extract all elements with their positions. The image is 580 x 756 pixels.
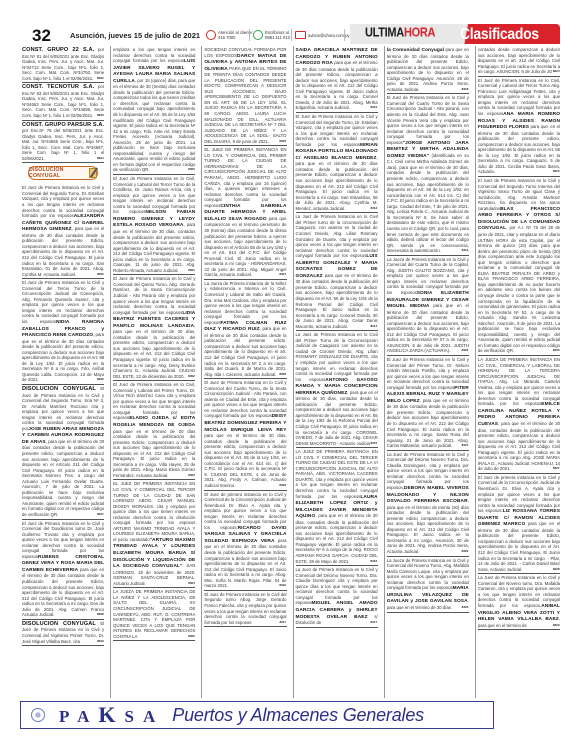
section-banner: DISOLUCIÓN CONYUGAL <box>28 166 98 180</box>
notice-text-cont: PARA QUE EN EL TÉRMINO DE TREINTA DÍAS C… <box>204 66 286 144</box>
notice-id-tag: 8296 <box>96 377 104 383</box>
notice-id-tag: 8316 <box>370 559 378 565</box>
notice-id-tag: 8329 <box>552 623 560 629</box>
notice-text-cont: , por 15 (quince) días, para que en el t… <box>113 78 195 173</box>
notice-id-tag: 8311 <box>279 620 287 626</box>
notice-id-tag: 8295 <box>96 272 104 278</box>
notice-lead: DISOLUCION CONYUGAL <box>22 621 96 627</box>
notice-text-cont: , para que en el término de treinta (30)… <box>387 498 469 554</box>
notice-text-cont: para que en el término de 30 días contad… <box>113 429 195 478</box>
notice-text: LA JUEZ DE PRIMERA INSTANCIA EN LO CIVIL… <box>296 449 378 498</box>
notice-text: EL JUEZ DE PRIMERA INSTANCIA EN LO CIVIL… <box>204 147 286 207</box>
date-line: Asunción, jueves 15 de julio de 2021 <box>70 31 200 40</box>
section-banner-label: DISOLUCIÓN CONYUGAL <box>29 167 81 179</box>
legal-notice: CONST. TECNOTUR S.A. por Esc.Nº 83 del 5… <box>22 83 104 120</box>
notice-text: El Juez de Primera Instancia en lo Civil… <box>113 176 195 214</box>
page-header: 32 Asunción, jueves 15 de julio de 2021 … <box>20 28 560 44</box>
notice-text-cont: , para que en el término de 30 días, con… <box>113 323 195 379</box>
notice-text-cont: , para que en el término de 30 días, con… <box>113 222 195 272</box>
notice-text: por Esc.Nº 75 del 5/05/2021 ante Esc. Gl… <box>22 128 104 161</box>
notice-text: El Juez de Primera Instancia en lo Civil… <box>22 280 104 324</box>
legal-notice: El Juez de primera instancia en lo Civil… <box>204 491 286 591</box>
notice-text: El Juez de Primera Instancia en lo Civil… <box>204 380 286 418</box>
notice-id-tag: 8308 <box>279 372 287 378</box>
email-contact[interactable]: avisos@uhora.com.py <box>295 28 350 42</box>
notice-id-tag: 8312 <box>370 105 378 111</box>
notice-text: El Juez de Primera Instancia en lo Civil… <box>113 276 195 314</box>
notice-text-cont: para que en el término de 30 días, conta… <box>204 433 286 488</box>
notice-text: El Juez de Primera Instancia en lo Civil… <box>113 382 195 420</box>
legal-notice: El Juez de Primera Instancia en lo Civil… <box>113 381 195 480</box>
legal-notice: El Juez de Primera Instancia en lo Civil… <box>204 591 286 627</box>
notice-id-tag: 8314 <box>370 324 378 330</box>
legal-notice: El Juez de Primera Instancia en lo Civil… <box>113 275 195 381</box>
notice-text-cont: para que en término de 30 días contados … <box>387 47 469 92</box>
notice-id-tag: 8322 <box>461 549 469 555</box>
notice-text: El Juez de primera instancia en lo Civil… <box>204 492 286 530</box>
notice-text-cont: para que en el término de 30 días contad… <box>387 303 469 353</box>
whatsapp-number: 0981 111 013 <box>265 35 290 40</box>
legal-notice: LA JUEZ DE PRIMERA INSTANCIA EN LO CIVIL… <box>296 448 378 566</box>
ad-tagline: Puertos y Almacenes Generales <box>172 705 424 726</box>
notice-text: La Jueza de Primera Instancia de la Niñe… <box>204 281 286 325</box>
notice-id-tag: 8310 <box>279 583 287 589</box>
notice-text-cont: , para que en el término de 30 días cont… <box>22 226 104 276</box>
column-2: emplaza a los que tengan interés en recl… <box>110 46 197 698</box>
paksa-advertisement[interactable]: PAKSA Puertos y Almacenes Generales <box>20 701 494 729</box>
notice-id-tag: 8309 <box>279 483 287 489</box>
legal-notice: El Juez de Primera Instancia en lo Civil… <box>22 279 104 385</box>
legal-notice: El Juez de Primera Instancia en lo Civil… <box>22 184 104 279</box>
notice-text: El Juez de primera instancia en lo Civil… <box>478 475 560 513</box>
legal-notice: El Juez de Primera Instancia en lo Civil… <box>22 520 104 620</box>
legal-notice: El Juez de primera instancia en lo Civil… <box>478 474 560 574</box>
notice-id-tag: 8327 <box>552 466 560 472</box>
pen-paper-icon <box>89 168 97 178</box>
notice-id-tag: 8303 <box>188 473 196 479</box>
section-title: Clasificados <box>460 24 539 42</box>
customer-service-contact[interactable]: Atención al cliente: 415 7000 <box>206 28 253 42</box>
legal-notice: CONST. GRUPO PARSUR S.A. por Esc.Nº 75 d… <box>22 121 104 164</box>
mail-icon <box>295 31 306 39</box>
notice-text: La Jueza de Primera Instancia en lo Civi… <box>387 257 469 295</box>
legal-notice: La Jueza de Primera Instancia en lo Civi… <box>387 256 469 356</box>
notice-text-cont: para que en el término de 30 días contad… <box>22 567 104 617</box>
notice-id-tag: 8326 <box>552 348 560 354</box>
whatsapp-contact[interactable]: Escribinos al 0981 111 013 <box>253 28 290 42</box>
legal-notice: La Juez de Primera Instancia en lo Civil… <box>296 331 378 448</box>
notice-id-tag: 8324 <box>552 69 560 75</box>
notice-id-tag: 8301 <box>188 268 196 274</box>
notice-text: LA JUEZA DE PRIMERA INSTANCIA DE LA NIÑE… <box>113 589 195 638</box>
notice-id-tag: 8299 <box>96 639 104 645</box>
notice-lead: CONST. TECNOTUR S.A. <box>22 84 94 90</box>
notice-lead: CONST. GRUPO PARSUR S.A. <box>22 122 104 128</box>
legal-notice: La Juez de Primera Instancia en lo Civil… <box>296 213 378 331</box>
notice-id-tag: 8306 <box>279 139 287 145</box>
notice-text-cont: para que comparezcan en el término peren… <box>204 216 286 277</box>
legal-notice: LA JUEZA DE PRIMERA INSTANCIA EN LO CIVI… <box>478 356 560 474</box>
notice-id-tag: 8321 <box>461 443 469 449</box>
legal-notice: La Jueza de Primera Instancia en lo Civi… <box>387 557 469 613</box>
legal-notice: La Juez de Primera Instancia en lo Civil… <box>387 451 469 557</box>
legal-notice: EL JUEZ DE PRIMERA INSTANCIA EN LO CIVIL… <box>113 480 195 588</box>
legal-notice: la Comunidad Conyugal para que en términ… <box>387 46 469 94</box>
legal-notice: El Juez de Primera Instancia en lo Civil… <box>387 356 469 451</box>
anchor-seal-icon <box>31 708 45 722</box>
notice-text-cont: (identificada en su C.I. Civil como Mirt… <box>387 153 469 253</box>
notice-id-tag: 8304 <box>188 581 196 587</box>
notice-text-cont: , por A.I. Nº 75 del 28 de junio de 2021… <box>478 225 560 353</box>
notice-id-tag: 8315 <box>370 441 378 447</box>
legal-notice: El Juez de Primera Instancia en lo Civil… <box>204 379 286 490</box>
notice-text-cont: , para que en el término de 30 días cont… <box>387 398 469 448</box>
notice-id-tag: 8302 <box>188 374 196 380</box>
legal-notice: La Juez de Primera Instancia en lo Civil… <box>296 566 378 627</box>
legal-notice: DISOLUCION CONYUGAL El Juez de Primera I… <box>22 620 104 646</box>
legal-notice: CONST. GRUPO 22 S.A. por Esc.Nº 81 del 5… <box>22 46 104 83</box>
phone-number: 415 7000 <box>218 35 235 40</box>
legal-notice: contados desde comparezcan a deducir sus… <box>478 46 560 77</box>
notice-text: EL JUEZ DE PRIMERA INSTANCIA EN LO CIVIL… <box>113 481 195 541</box>
notice-lead: CONST. GRUPO 22 S.A. <box>22 47 94 53</box>
notice-text-cont: para que en el término de 30 días contad… <box>296 60 378 110</box>
notice-text-cont: para que en el término de 30 días contad… <box>296 273 378 329</box>
divider <box>249 29 250 41</box>
divider <box>344 29 345 41</box>
notice-lead: DISOLUCION CONYUGAL <box>22 386 96 392</box>
classifieds-columns: CONST. GRUPO 22 S.A. por Esc.Nº 81 del 5… <box>20 46 562 698</box>
ad-brand-name: PAKSA <box>59 702 164 728</box>
legal-notice: emplaza a los que tengan interés en recl… <box>113 46 195 175</box>
legal-notice: El Juez de Primera Instancia en lo Civil… <box>113 175 195 275</box>
notice-text-cont: , para que en el término de 30 días cont… <box>296 155 378 211</box>
column-3: SOCIEDAD CONYUGAL FORMADA POR LOS ESPOSO… <box>201 46 288 698</box>
notice-text-cont: , para que en el término de 30 días cont… <box>204 326 286 376</box>
column-6: contados desde comparezcan a deducir sus… <box>475 46 562 698</box>
divider <box>291 29 292 41</box>
newspaper-logo: ULTIMAHORA <box>365 26 435 40</box>
notice-id-tag: 8294 <box>96 156 104 162</box>
notice-id-tag: 8323 <box>461 605 469 611</box>
notice-id-tag: 8305 <box>188 634 196 640</box>
notice-text-cont: , para que en el término de 30 días, con… <box>478 421 560 471</box>
notice-text-cont: , para que en el término de 30 días, con… <box>296 513 378 563</box>
legal-notice: El Juez de Primera Instancia en lo Civil… <box>478 177 560 356</box>
notice-text-cont: , para que en el término de 30 días, con… <box>296 390 378 446</box>
notice-text: La Juez de Primera Instancia en lo Civil… <box>296 332 378 381</box>
notice-text: El Juez de Primera Instancia en lo Civil… <box>22 521 104 559</box>
notice-id-tag: 8318 <box>461 87 469 93</box>
notice-text: El Juez de Primera Instancia en lo Civil… <box>204 592 286 625</box>
notice-names: la Comunidad Conyugal <box>387 48 444 53</box>
legal-notice: LA JUEZA DE PRIMERA INSTANCIA DE LA NIÑE… <box>113 588 195 641</box>
notice-id-tag: 8307 <box>279 272 287 278</box>
notice-id-tag: 8293 <box>96 113 104 119</box>
notice-id-tag: 8297 <box>96 512 104 518</box>
notice-text: La Juez de Primera Instancia en lo Civil… <box>387 452 469 490</box>
page-number: 32 <box>32 26 51 46</box>
notice-id-tag: 8325 <box>552 169 560 175</box>
notice-text: contados desde comparezcan a deducir sus… <box>478 47 560 74</box>
notice-id-tag: 8328 <box>552 567 560 573</box>
notice-text: El Juez de Primera Instancia en lo Civil… <box>22 386 104 431</box>
notice-text-cont: para que, en el término de 30 días conta… <box>478 124 560 174</box>
notice-id-tag: 8313 <box>370 206 378 212</box>
whatsapp-icon <box>253 30 263 40</box>
notice-id-tag: 8300 <box>188 167 196 173</box>
column-1: CONST. GRUPO 22 S.A. por Esc.Nº 81 del 5… <box>20 46 106 698</box>
notice-text: El Juez de Primera Instancia en lo Civil… <box>478 78 560 116</box>
column-4: SAIDA GRACIELA MARTINEZ DE CARDOZO Y RUB… <box>293 46 380 698</box>
legal-notice: EL JUEZ DE PRIMERA INSTANCIA EN LO CIVIL… <box>204 146 286 280</box>
notice-id-tag: 8320 <box>461 348 469 354</box>
notice-text-cont: , para que en el término de 30 días cont… <box>22 332 104 382</box>
notice-text-cont: para que en el término de 30 días contad… <box>204 538 286 588</box>
legal-notice: SOCIEDAD CONYUGAL FORMADA POR LOS ESPOSO… <box>204 46 286 146</box>
legal-notice: El Juez de Primera Instancia en lo Civil… <box>387 94 469 255</box>
legal-notice: La Jueza de Primera Instancia de la Niñe… <box>204 280 286 379</box>
notice-text: La Juez de Primera Instancia en lo Civil… <box>296 214 378 258</box>
notice-id-tag: 8319 <box>461 248 469 254</box>
phone-icon <box>206 30 216 40</box>
column-5: la Comunidad Conyugal para que en términ… <box>384 46 471 698</box>
notice-text: LA JUEZA DE PRIMERA INSTANCIA EN LO CIVI… <box>478 357 560 406</box>
legal-notice: DISOLUCION CONYUGAL El Juez de Primera I… <box>22 385 104 520</box>
notice-id-tag: 8292 <box>96 76 104 82</box>
notice-text: El Juez de Primera Instancia en lo Civil… <box>387 95 469 144</box>
legal-notice: La Juez de Primera Instancia en lo Civil… <box>478 574 560 630</box>
notice-text-cont: para que en el término de 30 días contad… <box>478 521 560 571</box>
legal-notice: El Juez de Primera Instancia en lo Civil… <box>478 77 560 177</box>
notice-id-tag: 8298 <box>96 612 104 618</box>
notice-text-cont: , para que en el término de 30 días cont… <box>22 439 104 517</box>
legal-notice: SAIDA GRACIELA MARTINEZ DE CARDOZO Y RUB… <box>296 46 378 113</box>
notice-id-tag: 8317 <box>370 620 378 626</box>
notice-text: La Juez de Primera Instancia en lo Civil… <box>296 567 378 605</box>
legal-notice: El Juez de Primera Instancia en lo Civil… <box>296 113 378 213</box>
